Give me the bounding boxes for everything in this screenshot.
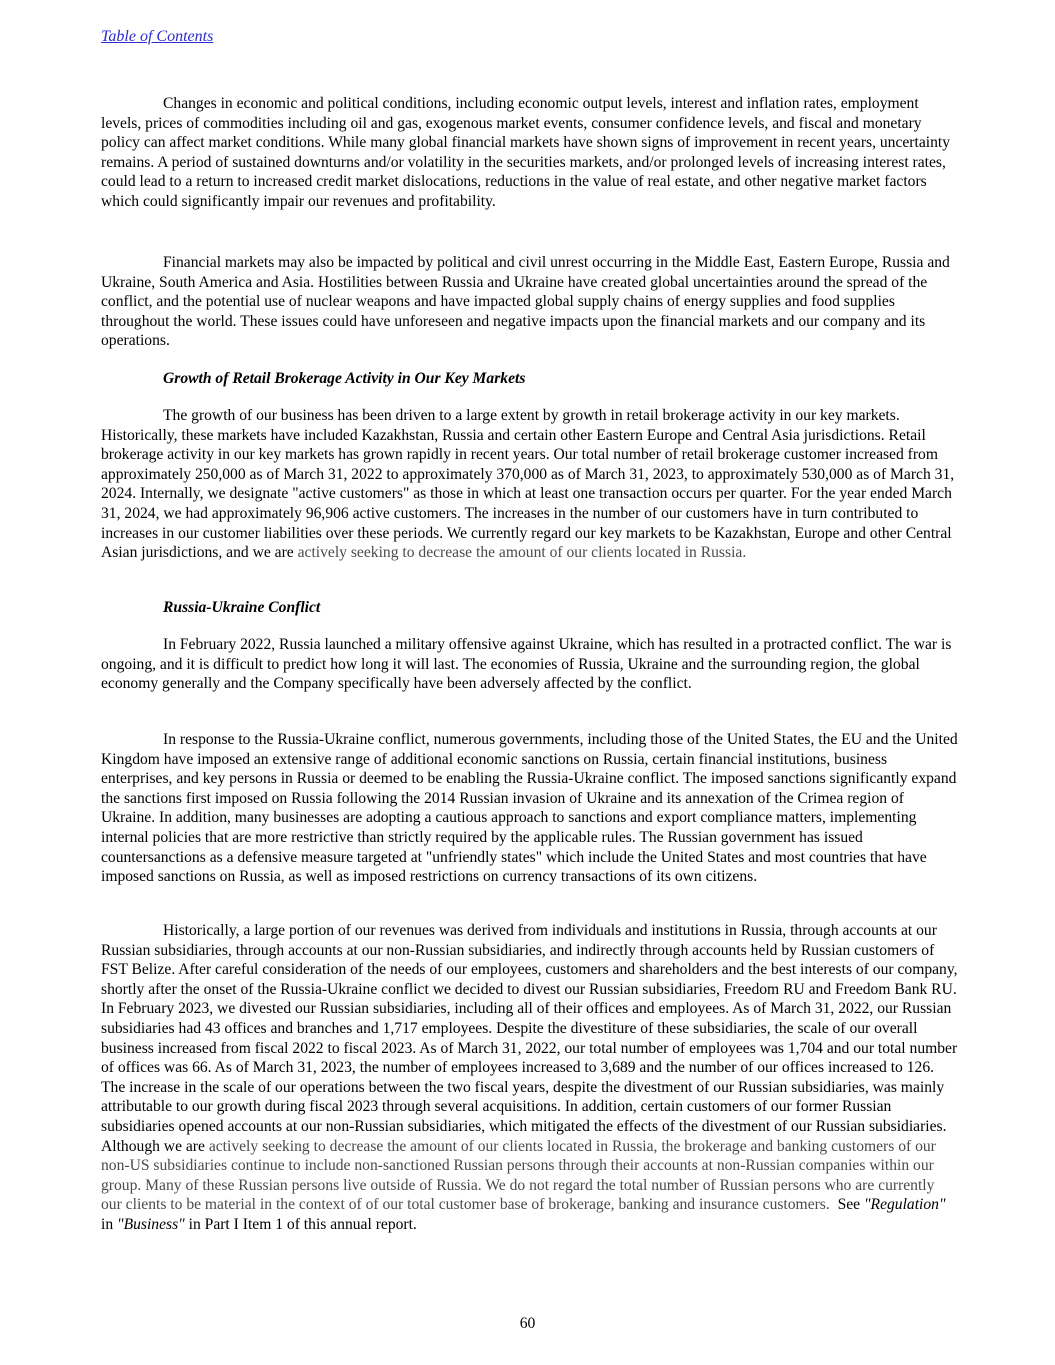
business-reference: "Business" [117,1216,185,1233]
page-number: 60 [0,1315,1055,1333]
regulation-reference: "Regulation" [864,1196,946,1213]
paragraph-text: The growth of our business has been driv… [101,406,959,563]
section-heading: Growth of Retail Brokerage Activity in O… [101,369,959,389]
paragraph-text-gray: actively seeking to decrease the amount … [101,1138,936,1214]
paragraph-text: In February 2022, Russia launched a mili… [101,635,959,694]
paragraph-economic-conditions: Changes in economic and political condit… [101,94,959,212]
paragraph-text-tail: in Part I Item 1 of this annual report. [185,1216,417,1233]
paragraph-text-main: Historically, a large portion of our rev… [101,922,958,1155]
paragraph-text: Historically, a large portion of our rev… [101,921,959,1235]
paragraph-text: Changes in economic and political condit… [101,94,959,212]
paragraph-february-2022: In February 2022, Russia launched a mili… [101,635,959,694]
paragraph-text-in: in [101,1216,117,1233]
paragraph-text-see: See [830,1196,864,1213]
section-heading-growth: Growth of Retail Brokerage Activity in O… [101,369,959,389]
paragraph-historically: Historically, a large portion of our rev… [101,921,959,1235]
paragraph-text: Financial markets may also be impacted b… [101,253,959,351]
paragraph-text: In response to the Russia-Ukraine confli… [101,730,959,887]
paragraph-text-main: The growth of our business has been driv… [101,407,954,561]
table-of-contents-link[interactable]: Table of Contents [101,28,213,46]
paragraph-financial-markets: Financial markets may also be impacted b… [101,253,959,351]
section-heading: Russia-Ukraine Conflict [101,598,959,618]
paragraph-growth-retail: The growth of our business has been driv… [101,406,959,563]
section-heading-russia-ukraine: Russia-Ukraine Conflict [101,598,959,618]
paragraph-sanctions: In response to the Russia-Ukraine confli… [101,730,959,887]
paragraph-text-gray: actively seeking to decrease the amount … [298,544,747,561]
